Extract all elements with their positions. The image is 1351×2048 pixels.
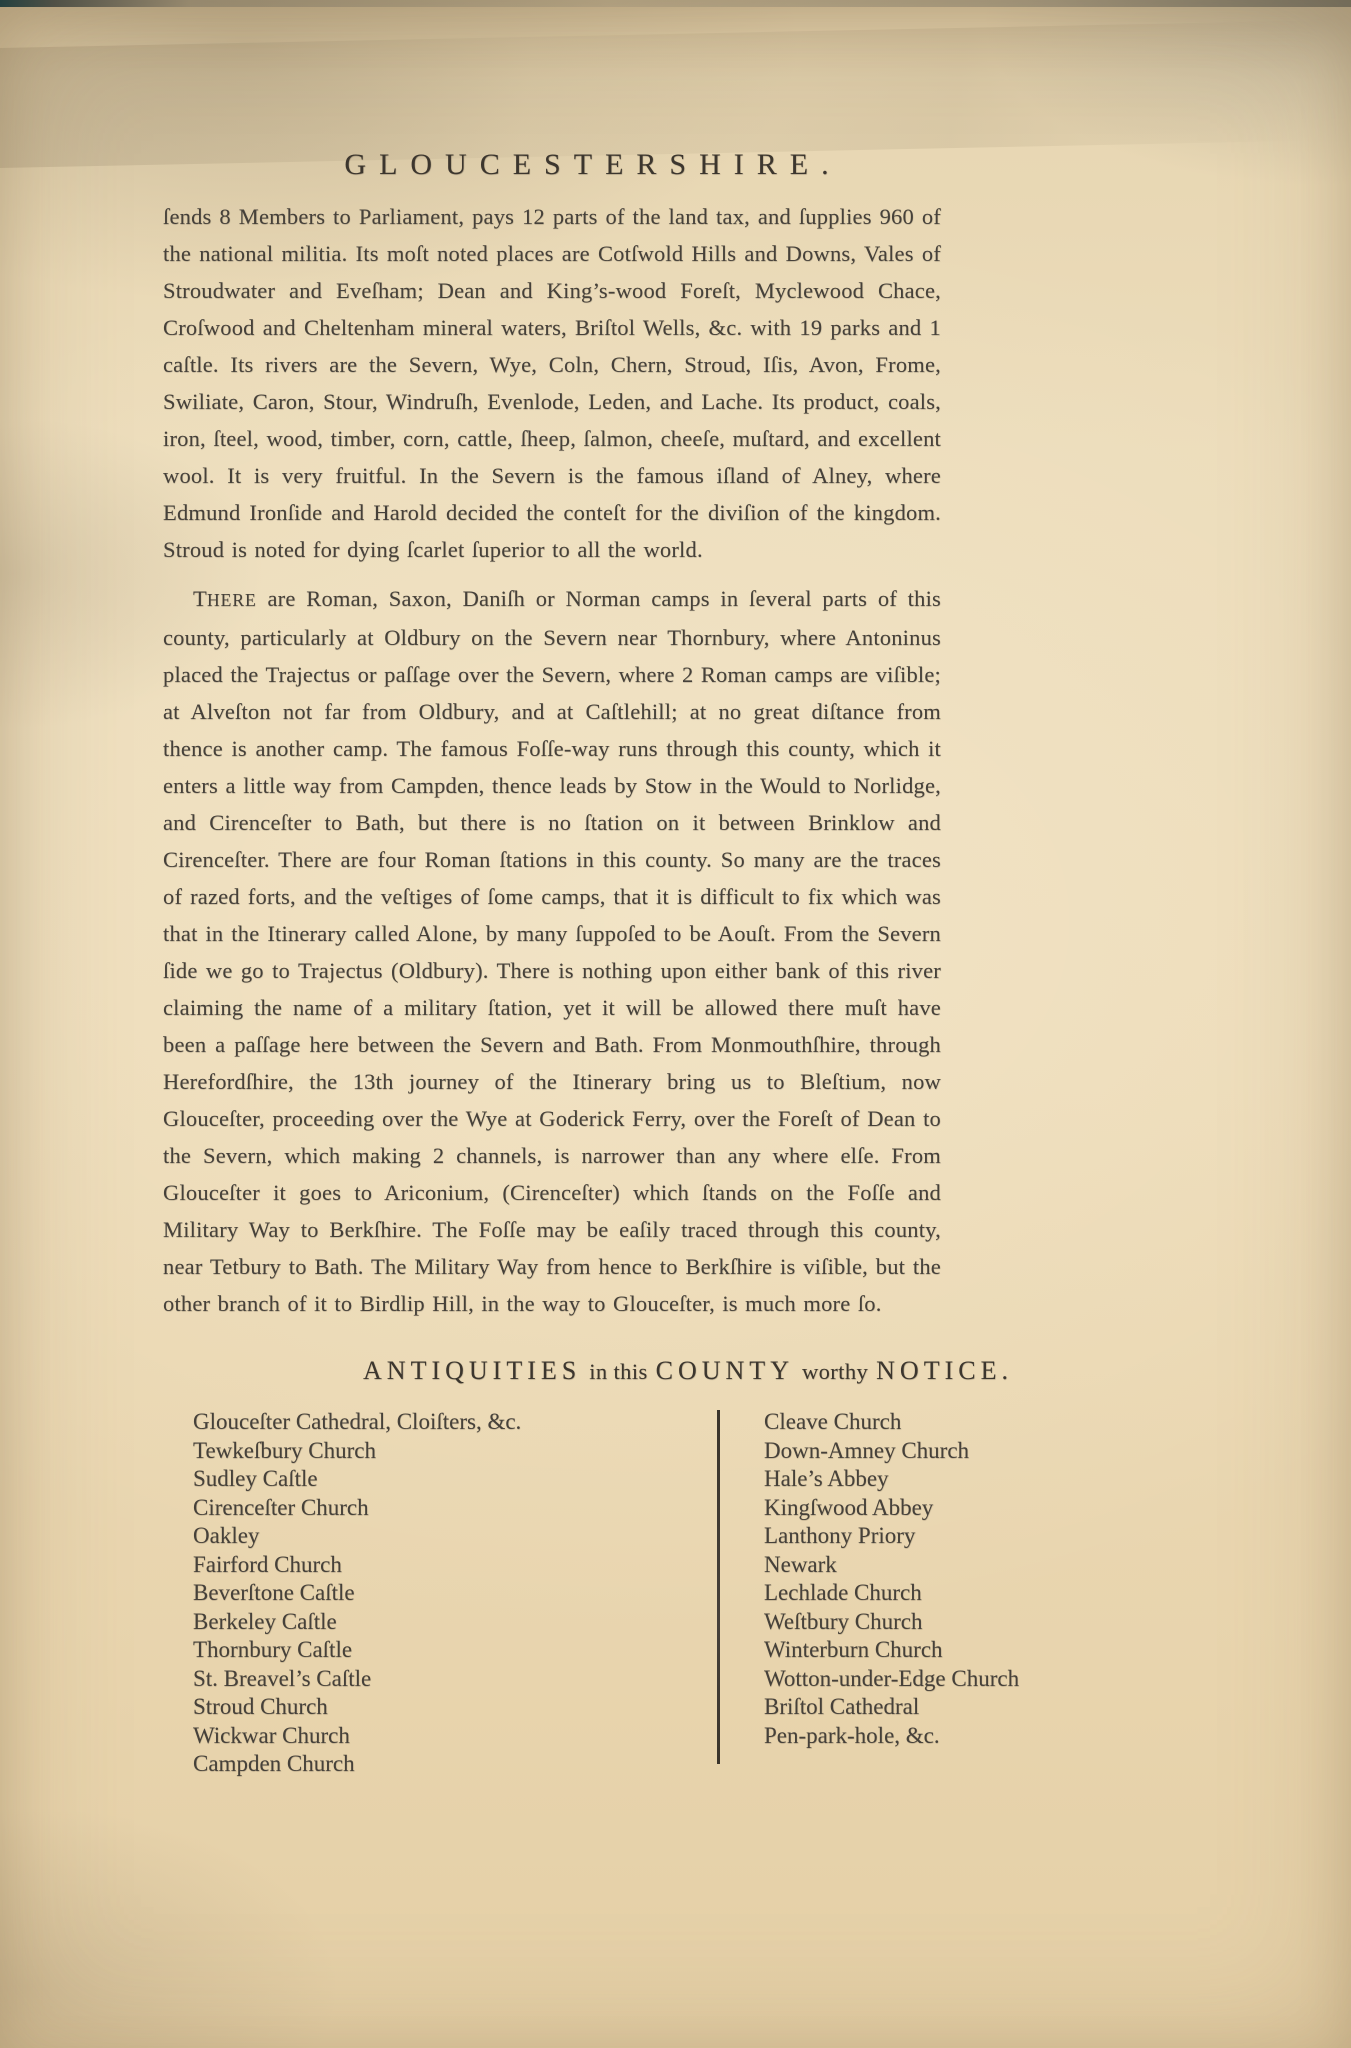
antiquities-heading-word-5: NOTICE. (876, 1356, 1013, 1385)
list-item: Briſtol Cathedral (764, 1693, 1019, 1722)
scanned-page: GLOUCESTERSHIRE. ſends 8 Members to Parl… (0, 0, 1351, 2048)
list-item: St. Breavel’s Caſtle (193, 1665, 717, 1694)
list-item: Weſtbury Church (764, 1608, 1019, 1637)
list-item: Hale’s Abbey (764, 1465, 1019, 1494)
list-item: Wotton-under-Edge Church (764, 1665, 1019, 1694)
list-item: Thornbury Caſtle (193, 1636, 717, 1665)
list-item: Pen-park-hole, &c. (764, 1722, 1019, 1751)
list-item: Stroud Church (193, 1693, 717, 1722)
list-item: Down-Amney Church (764, 1437, 1019, 1466)
list-item: Cleave Church (764, 1408, 1019, 1437)
list-item: Campden Church (193, 1750, 717, 1779)
antiquities-right-column: Cleave Church Down-Amney Church Hale’s A… (720, 1408, 1019, 1779)
list-item: Cirenceſter Church (193, 1494, 717, 1523)
list-item: Sudley Caſtle (193, 1465, 717, 1494)
list-item: Newark (764, 1551, 1019, 1580)
antiquities-heading-word-4: worthy (802, 1359, 868, 1384)
page-title: GLOUCESTERSHIRE. (163, 148, 1023, 182)
paragraph-2-lead-capital: T (193, 586, 207, 611)
antiquities-left-column: Glouceſter Cathedral, Cloiſters, &c. Tew… (163, 1408, 717, 1779)
list-item: Oakley (193, 1522, 717, 1551)
list-item: Winterburn Church (764, 1636, 1019, 1665)
list-item: Berkeley Caſtle (193, 1608, 717, 1637)
printed-area: GLOUCESTERSHIRE. ſends 8 Members to Parl… (163, 148, 1123, 1779)
paragraph-2-lead-smallcaps: HERE (207, 590, 257, 610)
list-item: Beverſtone Caſtle (193, 1579, 717, 1608)
list-item: Lechlade Church (764, 1579, 1019, 1608)
list-item: Glouceſter Cathedral, Cloiſters, &c. (193, 1408, 717, 1437)
paragraph-roman-camps: THERE are Roman, Saxon, Daniſh or Norman… (163, 580, 941, 1322)
paragraph-county-description: ſends 8 Members to Parliament, pays 12 p… (163, 198, 941, 568)
list-item: Kingſwood Abbey (764, 1494, 1019, 1523)
list-item: Wickwar Church (193, 1722, 717, 1751)
list-item: Lanthony Priory (764, 1522, 1019, 1551)
list-item: Fairford Church (193, 1551, 717, 1580)
paragraph-2-text: are Roman, Saxon, Daniſh or Norman camps… (163, 586, 941, 1316)
antiquities-heading-word-1: ANTIQUITIES (363, 1356, 581, 1385)
antiquities-list: Glouceſter Cathedral, Cloiſters, &c. Tew… (163, 1408, 1123, 1779)
list-item: Tewkeſbury Church (193, 1437, 717, 1466)
paragraph-1-text: ſends 8 Members to Parliament, pays 12 p… (163, 204, 941, 562)
antiquities-heading: ANTIQUITIESin thisCOUNTYworthyNOTICE. (163, 1356, 1113, 1386)
antiquities-heading-word-2: in this (589, 1359, 647, 1384)
antiquities-heading-word-3: COUNTY (656, 1356, 794, 1385)
